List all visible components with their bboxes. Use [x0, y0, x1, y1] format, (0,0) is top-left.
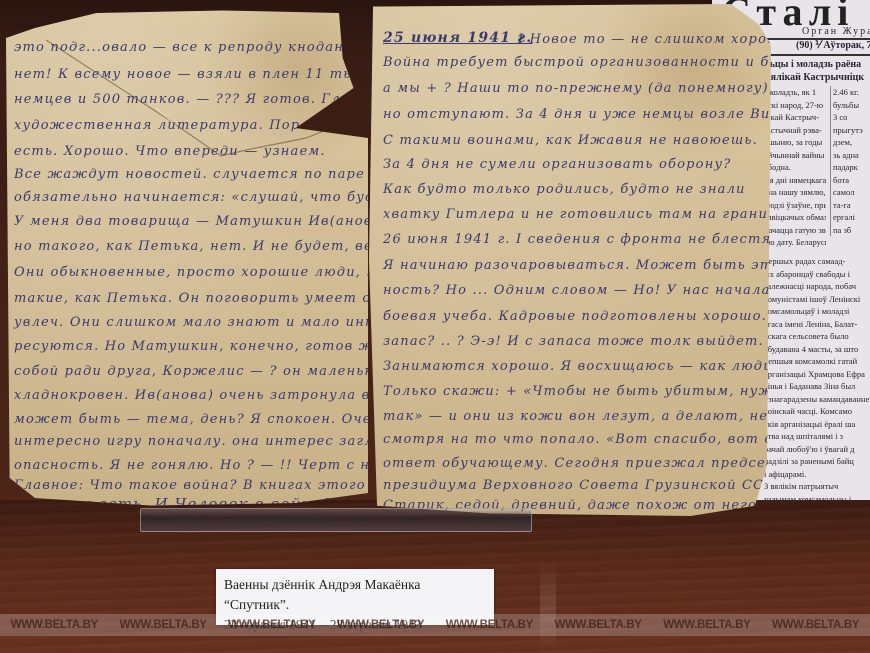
watermark-text: WWW.BELTA.BY [446, 619, 533, 631]
caption-title: Ваенны дзённік Андрэя Макаёнка “Спутник”… [224, 575, 486, 615]
diary-left-page: это подг...овало — все к репроду кнодан,… [6, 8, 368, 508]
diary-right-page: 25 июня 1941 г. I Новое то — не слишком … [369, 4, 771, 516]
watermark-text: WWW.BELTA.BY [663, 619, 750, 631]
divider [762, 54, 870, 56]
newspaper-column-c: першых радах самаад-ых абаронцаў свабоды… [764, 255, 870, 500]
watermark-text: WWW.BELTA.BY [772, 619, 859, 631]
diary-date-heading-2: 26 июня 1941 г. I сведения с фронта не б… [383, 232, 809, 247]
watermark-text: WWW.BELTA.BY [11, 619, 98, 631]
diary-date-heading: 25 июня 1941 г. [383, 30, 532, 46]
glass-glare [540, 560, 556, 653]
watermark-text: WWW.BELTA.BY [337, 619, 424, 631]
watermark-text: WWW.BELTA.BY [228, 619, 315, 631]
watermark-text: WWW.BELTA.BY [119, 619, 206, 631]
newspaper-issue-line: (90) ⅟ Аўторак, 7 [796, 40, 870, 51]
watermark-band: WWW.BELTA.BY WWW.BELTA.BY WWW.BELTA.BY W… [0, 614, 870, 636]
glass-page-holder [140, 508, 532, 532]
watermark-text: WWW.BELTA.BY [554, 619, 641, 631]
page-tear-crease [6, 8, 368, 508]
newspaper-headline: льцы і моладзь раёна Вялікай Кастрычніцк [764, 58, 864, 84]
newspaper-column-a: а коладзь, як 1кскі народ, 27-юлікай Кас… [764, 86, 826, 249]
newspaper-subtitle: Орган Журав [802, 26, 870, 37]
museum-display: Сталі Орган Журав (90) ⅟ Аўторак, 7 льцы… [0, 0, 870, 653]
newspaper-column-b: 2.46 кг.бульбы3 сопрыгутэдзем,зь аднапад… [830, 86, 870, 236]
